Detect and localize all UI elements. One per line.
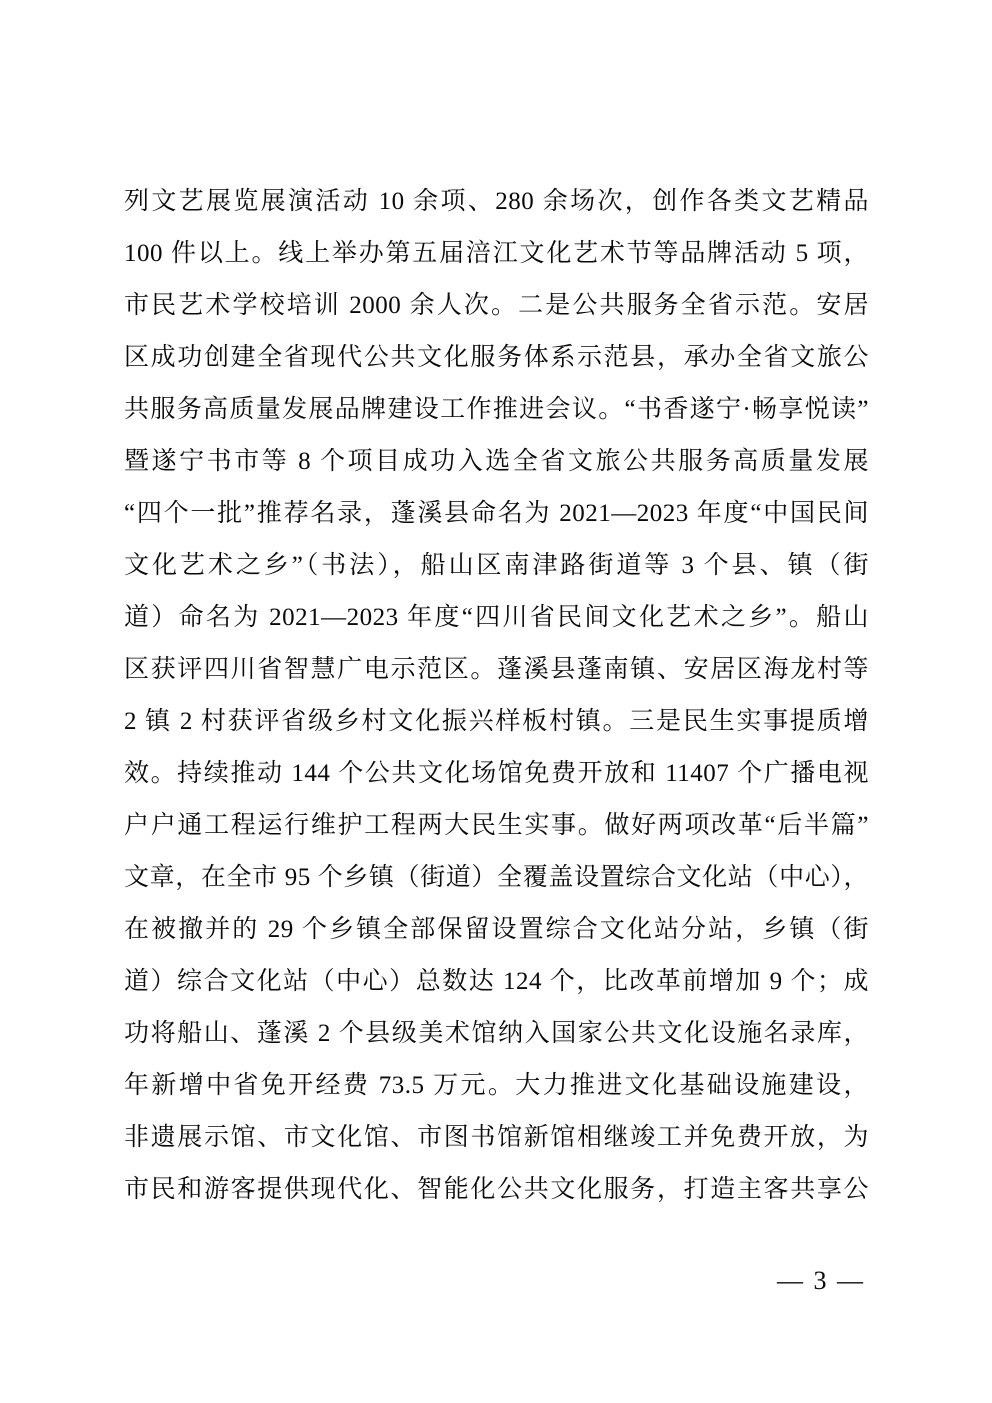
text-line: 道）综合文化站（中心）总数达 124 个，比改革前增加 9 个；成 (124, 956, 869, 1008)
text-line: 在被撤并的 29 个乡镇全部保留设置综合文化站分站，乡镇（街 (124, 904, 869, 956)
text-line: 非遗展示馆、市文化馆、市图书馆新馆相继竣工并免费开放，为 (124, 1112, 869, 1164)
text-line: 文化艺术之乡”（书法），船山区南津路街道等 3 个县、镇（街 (124, 540, 869, 592)
text-line: 市民和游客提供现代化、智能化公共文化服务，打造主客共享公 (124, 1164, 869, 1216)
text-line: 共服务高质量发展品牌建设工作推进会议。“书香遂宁·畅享悦读” (124, 384, 869, 436)
text-line: 区获评四川省智慧广电示范区。蓬溪县蓬南镇、安居区海龙村等 (124, 644, 869, 696)
text-line: 列文艺展览展演活动 10 余项、280 余场次，创作各类文艺精品 (124, 176, 869, 228)
text-line: 100 件以上。线上举办第五届涪江文化艺术节等品牌活动 5 项， (124, 228, 869, 280)
text-line: 年新增中省免开经费 73.5 万元。大力推进文化基础设施建设， (124, 1060, 869, 1112)
text-line: 道）命名为 2021—2023 年度“四川省民间文化艺术之乡”。船山 (124, 592, 869, 644)
text-line: 文章，在全市 95 个乡镇（街道）全覆盖设置综合文化站（中心）， (124, 852, 869, 904)
text-line: 2 镇 2 村获评省级乡村文化振兴样板村镇。三是民生实事提质增 (124, 696, 869, 748)
text-line: 效。持续推动 144 个公共文化场馆免费开放和 11407 个广播电视 (124, 748, 869, 800)
text-line: 功将船山、蓬溪 2 个县级美术馆纳入国家公共文化设施名录库， (124, 1008, 869, 1060)
text-line: 暨遂宁书市等 8 个项目成功入选全省文旅公共服务高质量发展 (124, 436, 869, 488)
page-number: — 3 — (777, 1266, 865, 1296)
document-body: 列文艺展览展演活动 10 余项、280 余场次，创作各类文艺精品 100 件以上… (124, 176, 869, 1216)
document-page: 列文艺展览展演活动 10 余项、280 余场次，创作各类文艺精品 100 件以上… (0, 0, 992, 1403)
text-line: 市民艺术学校培训 2000 余人次。二是公共服务全省示范。安居 (124, 280, 869, 332)
text-line: 区成功创建全省现代公共文化服务体系示范县，承办全省文旅公 (124, 332, 869, 384)
text-line: “四个一批”推荐名录，蓬溪县命名为 2021—2023 年度“中国民间 (124, 488, 869, 540)
text-line: 户户通工程运行维护工程两大民生实事。做好两项改革“后半篇” (124, 800, 869, 852)
